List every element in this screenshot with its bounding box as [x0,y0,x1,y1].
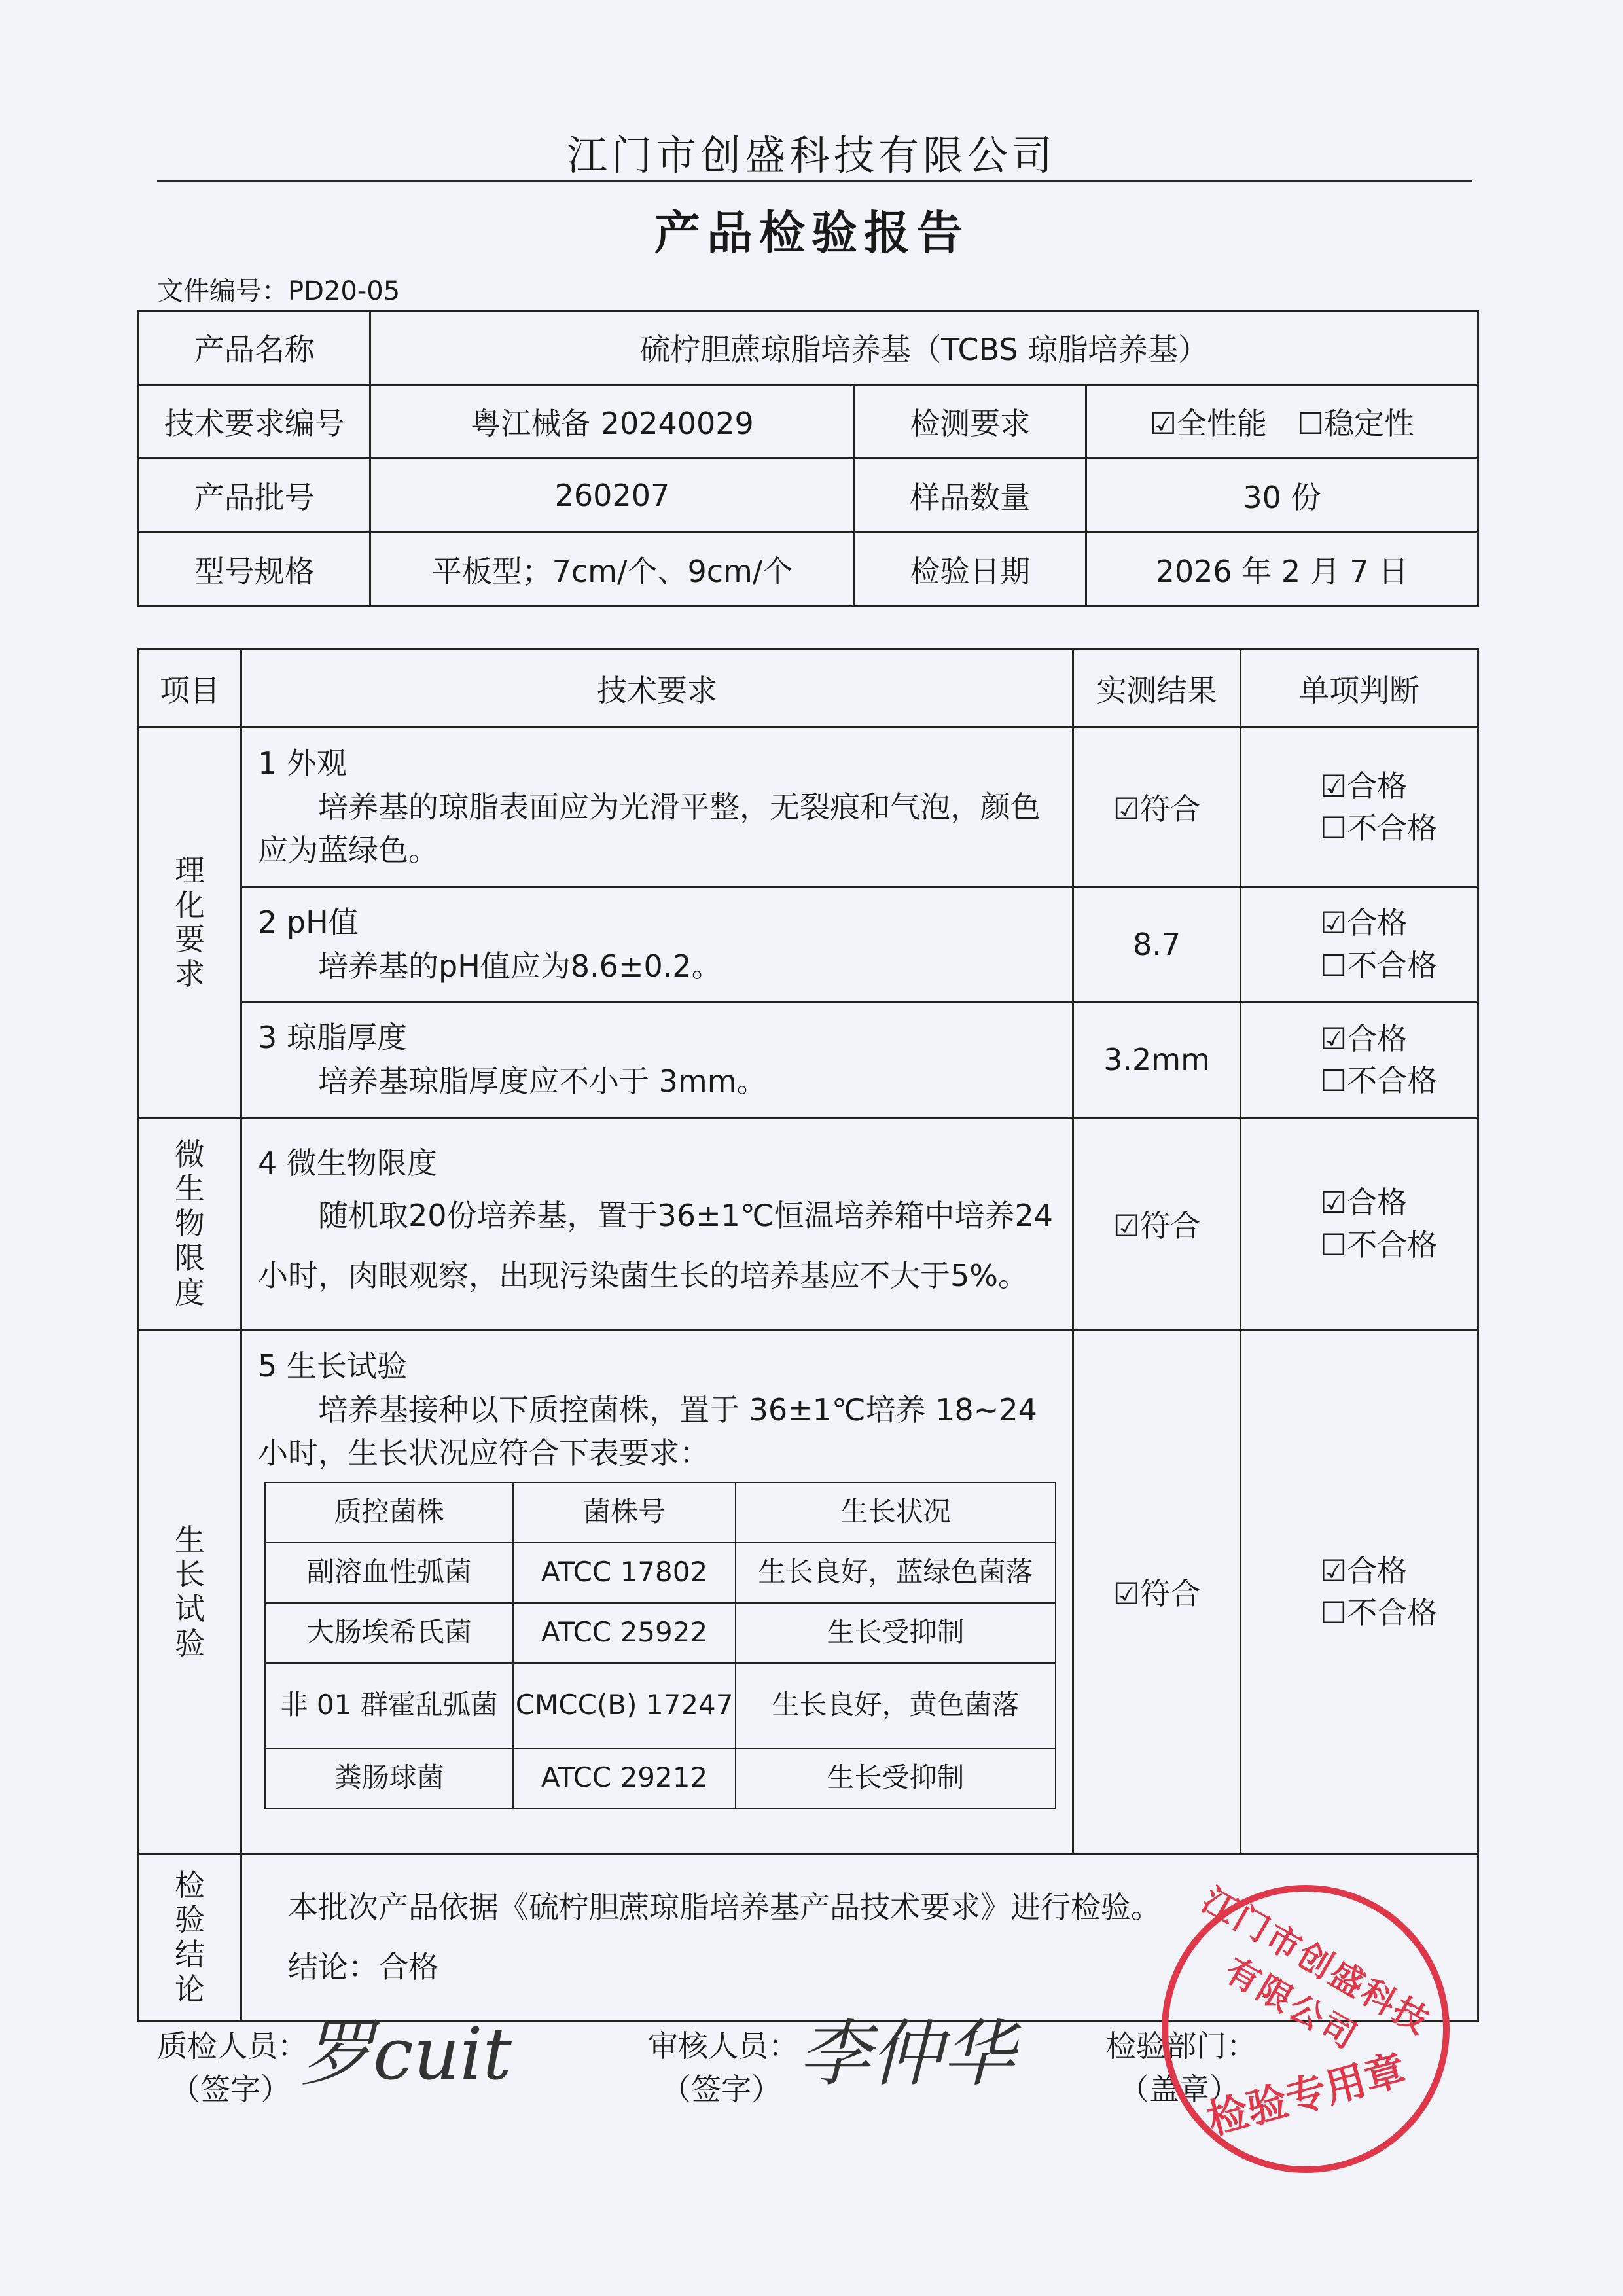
strain-row: 副溶血性弧菌ATCC 17802生长良好，蓝绿色菌落 [265,1543,1056,1603]
company-seal: 江门市创盛科技有限公司 检验专用章 [1162,1885,1450,2173]
tech-req-no: 粤江械备 20240029 [370,385,854,459]
judgment-ph: ☑合格☐不合格 [1241,887,1478,1002]
sample-qty-label: 样品数量 [854,459,1086,533]
group-conclusion: 检验结论 [139,1854,241,2020]
inspector-signature: 质检人员： （签字） [157,2022,308,2109]
result-microbial-limit: ☑符合 [1073,1117,1241,1330]
sample-qty: 30 份 [1086,459,1478,533]
header-divider [157,180,1472,182]
item-ph: 2 pH值 培养基的pH值应为8.6±0.2。 [241,887,1073,1002]
tech-req-no-label: 技术要求编号 [139,385,370,459]
group-growth: 生长试验 [139,1330,241,1854]
item-appearance: 1 外观 培养基的琼脂表面应为光滑平整，无裂痕和气泡，颜色应为蓝绿色。 [241,728,1073,887]
group-micro: 微生物限度 [139,1117,241,1330]
item-microbial-limit: 4 微生物限度 随机取20份培养基，置于36±1℃恒温培养箱中培养24小时，肉眼… [241,1117,1073,1330]
document-number: 文件编号：PD20-05 [157,270,400,308]
product-name-label: 产品名称 [139,311,370,385]
judgment-appearance: ☑合格☐不合格 [1241,728,1478,887]
header-tech-req: 技术要求 [241,649,1073,728]
strain-row: 粪肠球菌ATCC 29212生长受抑制 [265,1748,1056,1808]
judgment-growth-test: ☑合格☐不合格 [1241,1330,1478,1854]
header-judgment: 单项判断 [1241,649,1478,728]
report-title: 产品检验报告 [0,196,1623,262]
reviewer-handwriting: 李仲华 [798,1996,1014,2100]
test-req-checkboxes: ☑全性能 ☐稳定性 [1086,385,1478,459]
model-spec: 平板型；7cm/个、9cm/个 [370,533,854,607]
product-name: 硫柠胆蔗琼脂培养基（TCBS 琼脂培养基） [370,311,1478,385]
result-ph: 8.7 [1073,887,1241,1002]
inspector-handwriting: 罗cuit [301,1996,512,2100]
result-appearance: ☑符合 [1073,728,1241,887]
test-req-label: 检测要求 [854,385,1086,459]
result-growth-test: ☑符合 [1073,1330,1241,1854]
strain-row: 大肠埃希氏菌ATCC 25922生长受抑制 [265,1603,1056,1663]
header-item: 项目 [139,649,241,728]
batch-label: 产品批号 [139,459,370,533]
company-name: 江门市创盛科技有限公司 [0,123,1623,181]
header-result: 实测结果 [1073,649,1241,728]
item-growth-test: 5 生长试验 培养基接种以下质控菌株，置于 36±1℃培养 18~24 小时，生… [241,1330,1073,1854]
inspection-results-table: 项目 技术要求 实测结果 单项判断 理化要求 1 外观 培养基的琼脂表面应为光滑… [137,648,1479,2022]
strain-id-header: 菌株号 [513,1482,736,1543]
group-physchem: 理化要求 [139,728,241,1118]
product-info-table: 产品名称 硫柠胆蔗琼脂培养基（TCBS 琼脂培养基） 技术要求编号 粤江械备 2… [137,310,1479,607]
strain-table: 质控菌株 菌株号 生长状况 副溶血性弧菌ATCC 17802生长良好，蓝绿色菌落… [264,1482,1056,1809]
judgment-microbial-limit: ☑合格☐不合格 [1241,1117,1478,1330]
batch-number: 260207 [370,459,854,533]
strain-row: 非 01 群霍乱弧菌CMCC(B) 17247生长良好，黄色菌落 [265,1663,1056,1748]
inspection-date: 2026 年 2 月 7 日 [1086,533,1478,607]
reviewer-signature: 审核人员： （签字） [648,2022,798,2109]
judgment-thickness: ☑合格☐不合格 [1241,1002,1478,1117]
result-thickness: 3.2mm [1073,1002,1241,1117]
item-thickness: 3 琼脂厚度 培养基琼脂厚度应不小于 3mm。 [241,1002,1073,1117]
date-label: 检验日期 [854,533,1086,607]
model-label: 型号规格 [139,533,370,607]
strain-header: 质控菌株 [265,1482,513,1543]
growth-status-header: 生长状况 [736,1482,1056,1543]
